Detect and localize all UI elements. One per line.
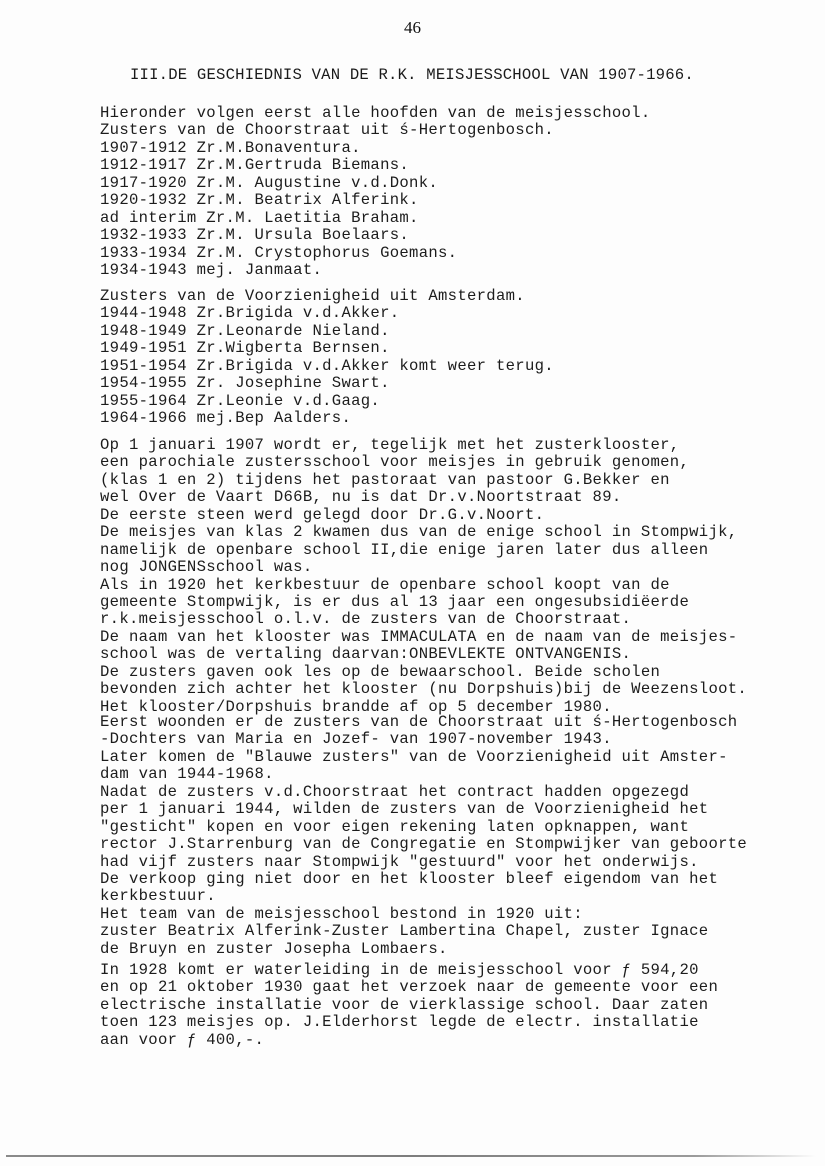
- paragraph-line: dam van 1944-1968.: [100, 766, 747, 783]
- paragraph-line: "gesticht" kopen en voor eigen rekening …: [100, 819, 747, 836]
- paragraph-line: kerkbestuur.: [100, 888, 747, 905]
- paragraph-line: (klas 1 en 2) tijdens het pastoraat van …: [100, 472, 747, 489]
- paragraph-line: Nadat de zusters v.d.Choorstraat het con…: [100, 784, 747, 801]
- paragraph-line: In 1928 komt er waterleiding in de meisj…: [100, 962, 718, 979]
- paragraph-line: -Dochters van Maria en Jozef- van 1907-n…: [100, 731, 747, 748]
- history-paragraph-founding: Op 1 januari 1907 wordt er, tegelijk met…: [100, 437, 747, 716]
- list-item: 1912-1917 Zr.M.Gertruda Biemans.: [100, 157, 651, 174]
- paragraph-line: rector J.Starrenburg van de Congregatie …: [100, 836, 747, 853]
- paragraph-line: een parochiale zustersschool voor meisje…: [100, 454, 747, 471]
- list-item: 1949-1951 Zr.Wigberta Bernsen.: [100, 340, 554, 357]
- paragraph-line: De meisjes van klas 2 kwamen dus van de …: [100, 524, 747, 541]
- paragraph-line: school was de vertaling daarvan:ONBEVLEK…: [100, 646, 747, 663]
- paragraph-line: had vijf zusters naar Stompwijk "gestuur…: [100, 854, 747, 871]
- paragraph-line: en op 21 oktober 1930 gaat het verzoek n…: [100, 979, 718, 996]
- paragraph-line: r.k.meisjesschool o.l.v. de zusters van …: [100, 611, 747, 628]
- paragraph-line: Als in 1920 het kerkbestuur de openbare …: [100, 577, 747, 594]
- paragraph-line: nog JONGENSschool was.: [100, 559, 747, 576]
- list-item: 1933-1934 Zr.M. Crystophorus Goemans.: [100, 245, 651, 262]
- paragraph-line: De naam van het klooster was IMMACULATA …: [100, 629, 747, 646]
- paragraph-line: Eerst woonden er de zusters van de Choor…: [100, 714, 747, 731]
- paragraph-line: namelijk de openbare school II,die enige…: [100, 542, 747, 559]
- section-heading: Zusters van de Choorstraat uit ś-Hertoge…: [100, 122, 651, 139]
- history-paragraph-utilities: In 1928 komt er waterleiding in de meisj…: [100, 962, 718, 1049]
- list-item: 1954-1955 Zr. Josephine Swart.: [100, 375, 554, 392]
- list-item: 1917-1920 Zr.M. Augustine v.d.Donk.: [100, 175, 651, 192]
- paragraph-line: zuster Beatrix Alferink-Zuster Lambertin…: [100, 923, 747, 940]
- paragraph-line: De verkoop ging niet door en het klooste…: [100, 871, 747, 888]
- list-item: 1955-1964 Zr.Leonie v.d.Gaag.: [100, 393, 554, 410]
- list-item: 1951-1954 Zr.Brigida v.d.Akker komt weer…: [100, 358, 554, 375]
- list-item: ad interim Zr.M. Laetitia Braham.: [100, 210, 651, 227]
- paragraph-line: Op 1 januari 1907 wordt er, tegelijk met…: [100, 437, 747, 454]
- section-heading: Zusters van de Voorzienigheid uit Amster…: [100, 288, 554, 305]
- paragraph-line: Het team van de meisjesschool bestond in…: [100, 906, 747, 923]
- page-title: III.DE GESCHIEDNIS VAN DE R.K. MEISJESSC…: [130, 66, 694, 84]
- intro-line: Hieronder volgen eerst alle hoofden van …: [100, 105, 651, 122]
- school-heads-choorstraat-list: Hieronder volgen eerst alle hoofden van …: [100, 105, 651, 279]
- paragraph-line: toen 123 meisjes op. J.Elderhorst legde …: [100, 1014, 718, 1031]
- list-item: 1944-1948 Zr.Brigida v.d.Akker.: [100, 305, 554, 322]
- list-item: 1964-1966 mej.Bep Aalders.: [100, 410, 554, 427]
- bottom-divider: [6, 1155, 816, 1157]
- list-item: 1948-1949 Zr.Leonarde Nieland.: [100, 323, 554, 340]
- history-paragraph-sisters: Eerst woonden er de zusters van de Choor…: [100, 714, 747, 958]
- paragraph-line: wel Over de Vaart D66B, nu is dat Dr.v.N…: [100, 489, 747, 506]
- paragraph-line: De eerste steen werd gelegd door Dr.G.v.…: [100, 507, 747, 524]
- list-item: 1920-1932 Zr.M. Beatrix Alferink.: [100, 192, 651, 209]
- paragraph-line: aan voor ƒ 400,-.: [100, 1032, 718, 1049]
- list-item: 1932-1933 Zr.M. Ursula Boelaars.: [100, 227, 651, 244]
- list-item: 1934-1943 mej. Janmaat.: [100, 262, 651, 279]
- paragraph-line: gemeente Stompwijk, is er dus al 13 jaar…: [100, 594, 747, 611]
- page-number: 46: [0, 18, 825, 38]
- list-item: 1907-1912 Zr.M.Bonaventura.: [100, 140, 651, 157]
- paragraph-line: bevonden zich achter het klooster (nu Do…: [100, 681, 747, 698]
- paragraph-line: per 1 januari 1944, wilden de zusters va…: [100, 801, 747, 818]
- school-heads-voorzienigheid-list: Zusters van de Voorzienigheid uit Amster…: [100, 288, 554, 428]
- paragraph-line: Later komen de "Blauwe zusters" van de V…: [100, 749, 747, 766]
- paragraph-line: De zusters gaven ook les op de bewaarsch…: [100, 664, 747, 681]
- paragraph-line: de Bruyn en zuster Josepha Lombaers.: [100, 941, 747, 958]
- paragraph-line: electrische installatie voor de vierklas…: [100, 997, 718, 1014]
